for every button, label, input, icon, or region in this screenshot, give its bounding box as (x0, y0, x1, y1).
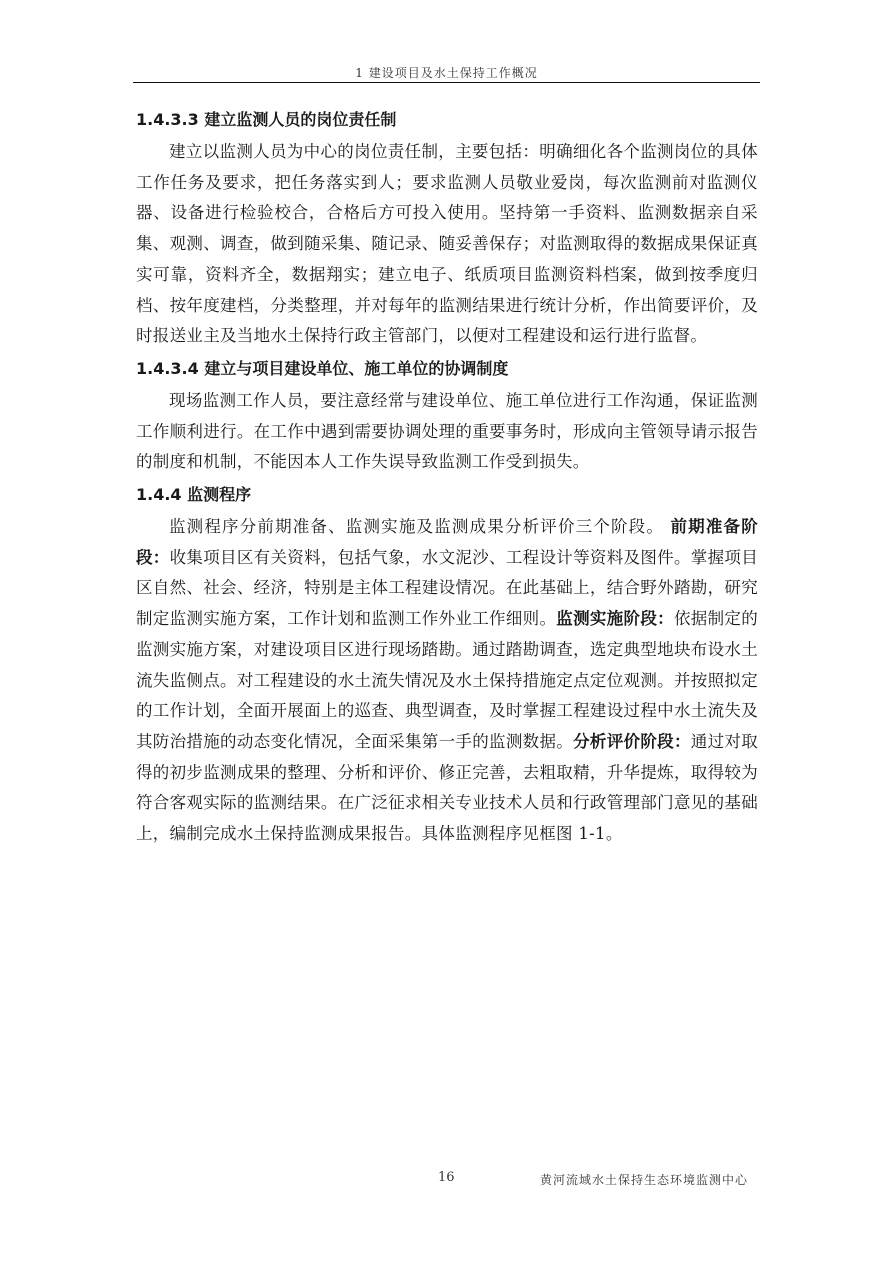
page-number: 16 (438, 1170, 455, 1185)
stage-label-implementation: 监测实施阶段： (556, 609, 674, 628)
section-paragraph-1-4-3-4: 现场监测工作人员，要注意经常与建设单位、施工单位进行工作沟通，保证监测工作顺利进… (136, 386, 758, 478)
stage-label-analysis: 分析评价阶段： (573, 732, 691, 751)
section-paragraph-1-4-3-3: 建立以监测人员为中心的岗位责任制，主要包括：明确细化各个监测岗位的具体工作任务及… (136, 137, 758, 352)
footer-organization: 黄河流域水土保持生态环境监测中心 (540, 1171, 748, 1188)
page-body: 1.4.3.3 建立监测人员的岗位责任制 建立以监测人员为中心的岗位责任制，主要… (136, 103, 758, 850)
section-heading-1-4-3-4: 1.4.3.4 建立与项目建设单位、施工单位的协调制度 (136, 352, 758, 386)
procedure-intro: 监测程序分前期准备、监测实施及监测成果分析评价三个阶段。 (169, 517, 664, 536)
section-paragraph-1-4-4: 监测程序分前期准备、监测实施及监测成果分析评价三个阶段。 前期准备阶段：收集项目… (136, 512, 758, 850)
section-heading-1-4-3-3: 1.4.3.3 建立监测人员的岗位责任制 (136, 103, 758, 137)
running-header: 1 建设项目及水土保持工作概况 (133, 64, 760, 81)
header-divider (133, 82, 760, 83)
section-heading-1-4-4: 1.4.4 监测程序 (136, 478, 758, 512)
stage-text-implementation: 依据制定的监测实施方案，对建设项目区进行现场踏勘。通过踏勘调查，选定典型地块布设… (136, 609, 758, 751)
